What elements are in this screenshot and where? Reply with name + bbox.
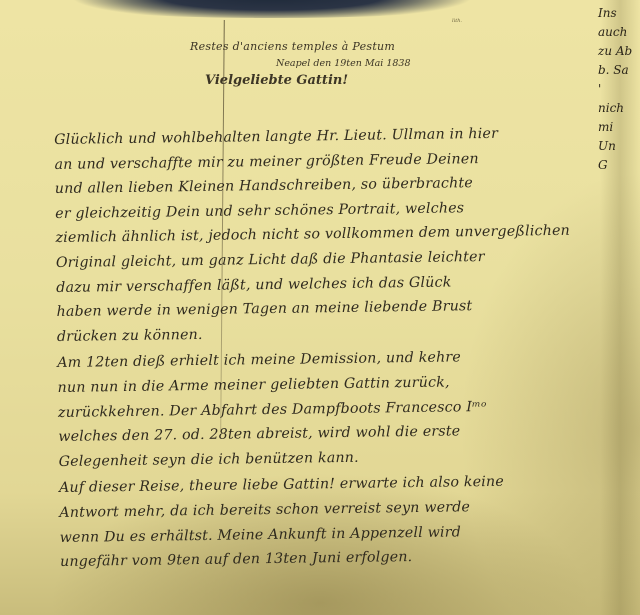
margin-line: auch xyxy=(598,23,640,42)
margin-line: Un xyxy=(598,137,640,156)
margin-line: b. Sa xyxy=(598,61,640,80)
margin-line: nich xyxy=(598,99,640,118)
salutation: Vielgeliebte Gattin! xyxy=(205,73,348,88)
printed-caption: Restes d'anciens temples à Pestum xyxy=(190,40,395,53)
margin-line: G xyxy=(598,156,640,175)
engraving-illustration xyxy=(72,0,472,18)
margin-line: mi xyxy=(598,118,640,137)
engraver-credit: lith. xyxy=(452,18,462,24)
margin-line: Ins xyxy=(598,4,640,23)
margin-line: ' xyxy=(598,80,640,99)
adjacent-page-margin-text: Insauchzu Abb. Sa'nichmiUnG xyxy=(598,4,640,175)
dateline: Neapel den 19ten Mai 1838 xyxy=(276,58,411,69)
letter-body: Glücklich und wohlbehalten langte Hr. Li… xyxy=(54,120,620,574)
margin-line: zu Ab xyxy=(598,42,640,61)
letter-page: lith. Restes d'anciens temples à Pestum … xyxy=(0,0,640,615)
